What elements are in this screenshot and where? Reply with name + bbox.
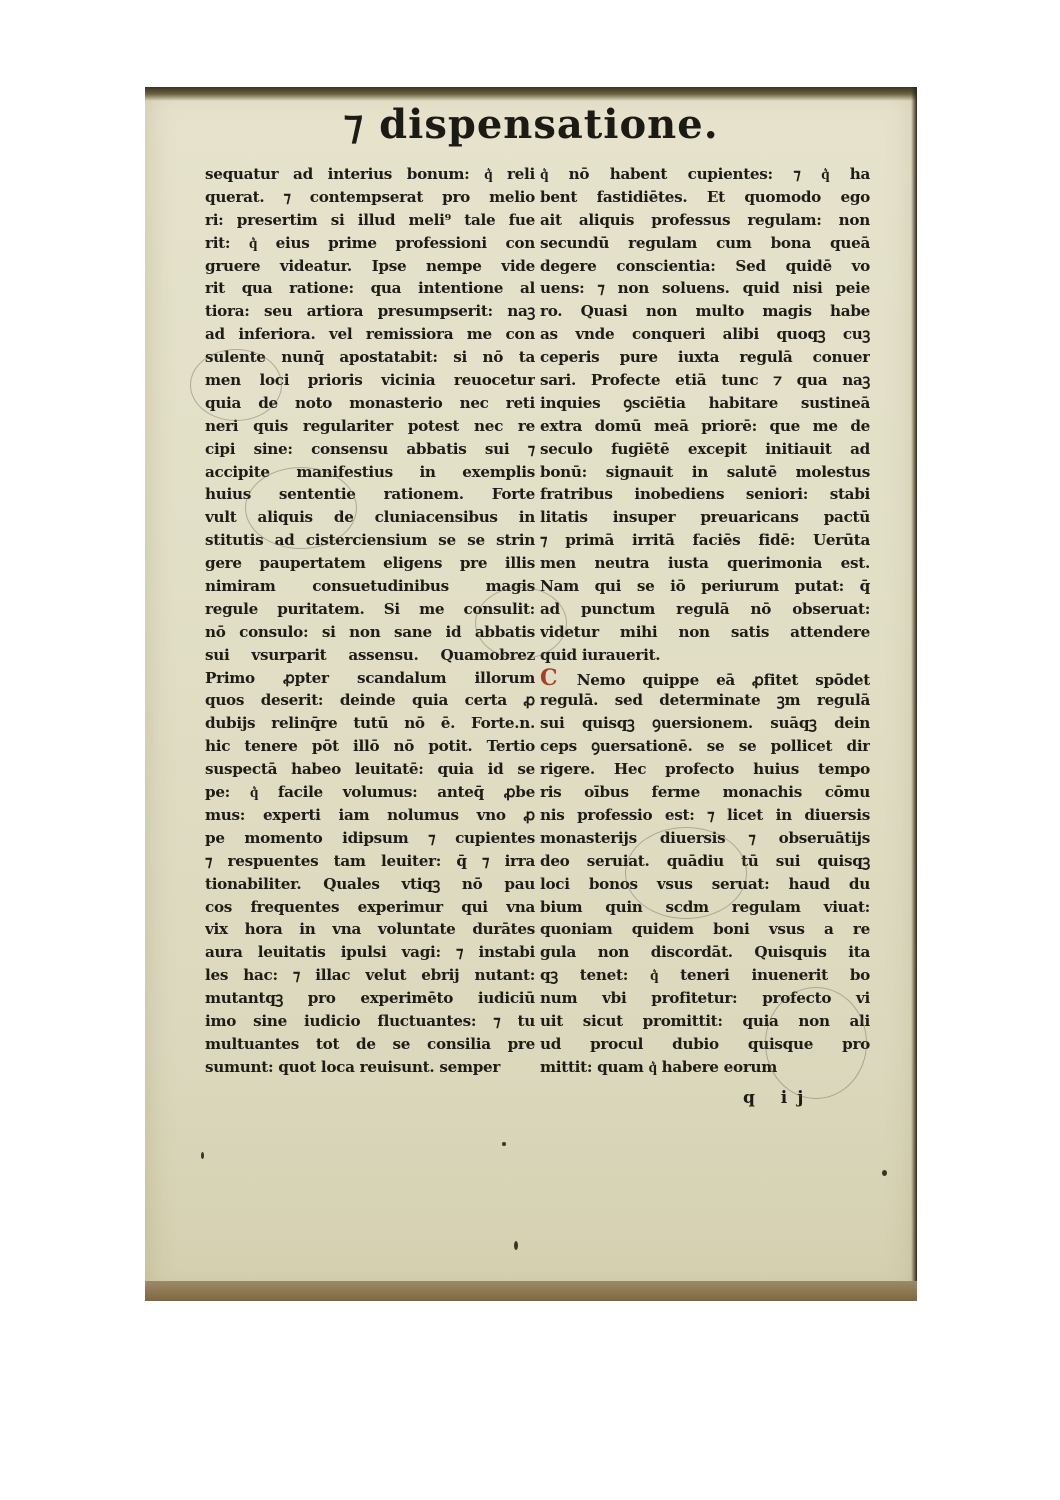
text-line: q͛ nō habent cupientes: ⁊ q͛ ha: [540, 163, 870, 186]
signature-mark: q ij: [743, 1088, 813, 1108]
text-line: bonū: signauit in salutē molestus: [540, 461, 870, 484]
text-line: regule puritatem. Si me consulit:: [205, 598, 535, 621]
text-line: ud procul dubio quisque pro: [540, 1033, 870, 1056]
text-line: hic tenere pōt illō nō potit. Tertio: [205, 735, 535, 758]
text-line: aura leuitatis ipulsi vagi: ⁊ instabi: [205, 941, 535, 964]
page-top-shadow: [145, 87, 917, 101]
text-line: mus: experti iam nolumus vno ꝓ: [205, 804, 535, 827]
text-line: querat. ⁊ contempserat pro melio: [205, 186, 535, 209]
text-line: accipite manifestius in exemplis: [205, 461, 535, 484]
text-line: rit qua ratione: qua intentione al: [205, 277, 535, 300]
text-line: sulente nunq̄ apostatabit: si nō ta: [205, 346, 535, 369]
text-line: stitutis ad cisterciensium se se strin: [205, 529, 535, 552]
text-line: ait aliquis professus regulam: non: [540, 209, 870, 232]
text-line: mittit: quam q͛ habere eorum: [540, 1056, 870, 1079]
text-line: ⁊ respuentes tam leuiter: q̄ ⁊ irra: [205, 850, 535, 873]
text-line: videtur mihi non satis attendere: [540, 621, 870, 644]
rubric-initial: C: [540, 667, 577, 690]
text-line: ad punctum regulā nō obseruat:: [540, 598, 870, 621]
text-line: multuantes tot de se consilia pre: [205, 1033, 535, 1056]
text-line: pe: q͛ facile volumus: anteq̄ ꝓbe: [205, 781, 535, 804]
text-line: sui vsurparit assensu. Quamobrez: [205, 644, 535, 667]
text-line: les hac: ⁊ illac velut ebrij nutant:: [205, 964, 535, 987]
page-right-edge: [911, 87, 917, 1301]
text-line: C Nemo quippe eā ꝓfitet spōdet: [540, 667, 870, 690]
text-line: inquies ꝯsciētia habitare sustineā: [540, 392, 870, 415]
text-line: ri: presertim si illud meli⁹ tale fue: [205, 209, 535, 232]
text-line: ro. Quasi non multo magis habe: [540, 300, 870, 323]
text-line: ad inferiora. vel remissiora me con: [205, 323, 535, 346]
ink-speck: [882, 1170, 887, 1176]
text-line: vult aliquis de cluniacensibus in: [205, 506, 535, 529]
text-line: litatis insuper preuaricans pactū: [540, 506, 870, 529]
text-line: quoniam quidem boni vsus a re: [540, 918, 870, 941]
text-line: tiora: seu artiora presumpserit: naꝫ: [205, 300, 535, 323]
text-line: seculo fugiētē excepit initiauit ad: [540, 438, 870, 461]
text-line: mutantqꝫ pro experimēto iudiciū: [205, 987, 535, 1010]
text-line: quos deserit: deinde quia certa ꝓ: [205, 689, 535, 712]
text-line: Primo ꝓpter scandalum illorum: [205, 667, 535, 690]
text-line: gruere videatur. Ipse nempe vide: [205, 255, 535, 278]
text-line: nō consulo: si non sane id abbatis: [205, 621, 535, 644]
text-line: men neutra iusta querimonia est.: [540, 552, 870, 575]
text-line: regulā. sed determinate ꝫm regulā: [540, 689, 870, 712]
text-line: fratribus inobediens seniori: stabi: [540, 483, 870, 506]
text-line: huius sententie rationem. Forte: [205, 483, 535, 506]
text-line: extra domū meā priorē: que me de: [540, 415, 870, 438]
text-line: nimiram consuetudinibus magis: [205, 575, 535, 598]
text-line: gula non discordāt. Quisquis ita: [540, 941, 870, 964]
text-line: gere paupertatem eligens pre illis: [205, 552, 535, 575]
text-line: rigere. Hec profecto huius tempo: [540, 758, 870, 781]
text-line: pe momento idipsum ⁊ cupientes: [205, 827, 535, 850]
text-line: ⁊ primā irritā faciēs fidē: Uerūta: [540, 529, 870, 552]
text-line: cipi sine: consensu abbatis sui ⁊: [205, 438, 535, 461]
text-line: vix hora in vna voluntate durātes: [205, 918, 535, 941]
left-column: sequatur ad interius bonum: q͛ reliquera…: [205, 163, 535, 1079]
text-line: loci bonos vsus seruat: haud du: [540, 873, 870, 896]
text-line: Nam qui se iō periurum putat: q̄: [540, 575, 870, 598]
text-line: imo sine iudicio fluctuantes: ⁊ tu: [205, 1010, 535, 1033]
text-line: ris oībus ferme monachis cōmu: [540, 781, 870, 804]
page-bottom-edge: [145, 1281, 917, 1301]
ink-speck: [201, 1152, 204, 1159]
scanned-page: ⁊ dispensatione. sequatur ad interius bo…: [145, 87, 917, 1301]
text-line: bium quin scdm regulam viuat:: [540, 896, 870, 919]
text-line: deo seruiat. quādiu tū sui quisqꝫ: [540, 850, 870, 873]
running-head: ⁊ dispensatione.: [145, 101, 917, 148]
text-line: neri quis regulariter potest nec re: [205, 415, 535, 438]
text-line: sari. Profecte etiā tunc ⁊ qua naꝫ: [540, 369, 870, 392]
text-line: qꝫ tenet: q͛ teneri inuenerit bo: [540, 964, 870, 987]
text-line: uens: ⁊ non soluens. quid nisi peie: [540, 277, 870, 300]
text-line: as vnde conqueri alibi quoqꝫ cuꝫ: [540, 323, 870, 346]
text-line: suspectā habeo leuitatē: quia id se: [205, 758, 535, 781]
text-line: sequatur ad interius bonum: q͛ reli: [205, 163, 535, 186]
text-line: quid iurauerit.: [540, 644, 870, 667]
text-line: quia de noto monasterio nec reti: [205, 392, 535, 415]
text-line: tionabiliter. Quales vtiqꝫ nō pau: [205, 873, 535, 896]
text-line: monasterijs diuersis ⁊ obseruātijs: [540, 827, 870, 850]
text-line: men loci prioris vicinia reuocetur: [205, 369, 535, 392]
text-line: num vbi profitetur: profecto vi: [540, 987, 870, 1010]
text-line: bent fastidiētes. Et quomodo ego: [540, 186, 870, 209]
text-line: cos frequentes experimur qui vna: [205, 896, 535, 919]
right-column: q͛ nō habent cupientes: ⁊ q͛ habent fast…: [540, 163, 870, 1079]
text-line: dubijs relinq̄re tutū nō ē. Forte.n.: [205, 712, 535, 735]
text-line: sui quisqꝫ ꝯuersionem. suāqꝫ dein: [540, 712, 870, 735]
text-line: uit sicut promittit: quia non ali: [540, 1010, 870, 1033]
ink-speck: [514, 1241, 518, 1250]
text-line: degere conscientia: Sed quidē vo: [540, 255, 870, 278]
text-line: ceps ꝯuersationē. se se pollicet dir: [540, 735, 870, 758]
ink-speck: [502, 1142, 506, 1146]
text-line: secundū regulam cum bona queā: [540, 232, 870, 255]
text-line: ceperis pure iuxta regulā conuer: [540, 346, 870, 369]
text-line: rit: q͛ eius prime professioni con: [205, 232, 535, 255]
text-line: sumunt: quot loca reuisunt. semper: [205, 1056, 535, 1079]
text-line: nis professio est: ⁊ licet in diuersis: [540, 804, 870, 827]
